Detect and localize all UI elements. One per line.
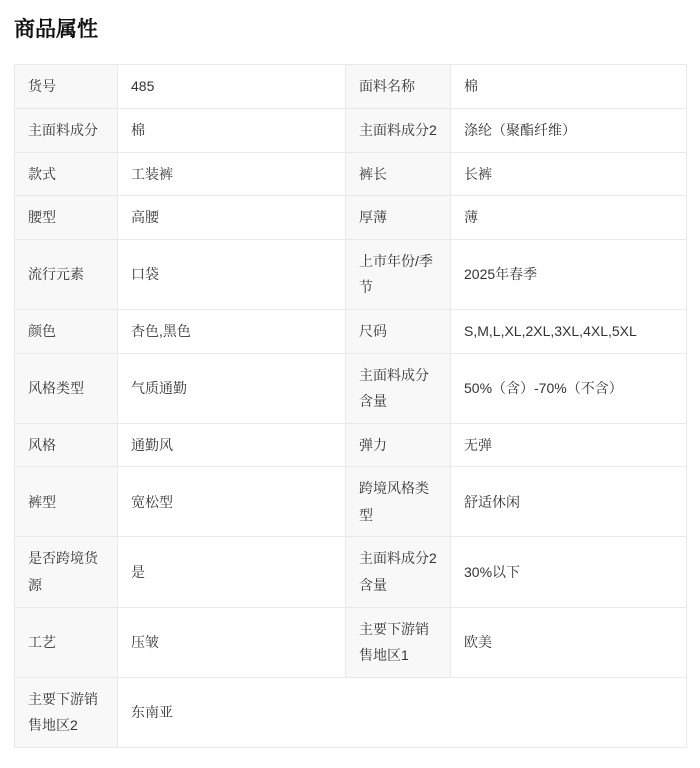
attribute-label: 腰型 — [15, 196, 118, 240]
attribute-value: 2025年春季 — [451, 239, 687, 309]
attribute-value: 杏色,黑色 — [118, 309, 346, 353]
attribute-label: 主要下游销售地区2 — [15, 677, 118, 747]
table-row: 主要下游销售地区2东南亚 — [15, 677, 687, 747]
attribute-value: 舒适休闲 — [451, 467, 687, 537]
table-row: 裤型宽松型跨境风格类型舒适休闲 — [15, 467, 687, 537]
attribute-value: 东南亚 — [118, 677, 687, 747]
attribute-value: 涤纶（聚酯纤维） — [451, 108, 687, 152]
attribute-value: 是 — [118, 537, 346, 607]
table-row: 款式工装裤裤长长裤 — [15, 152, 687, 196]
attribute-label: 跨境风格类型 — [346, 467, 451, 537]
attribute-label: 面料名称 — [346, 65, 451, 109]
attribute-label: 是否跨境货源 — [15, 537, 118, 607]
attributes-table-body: 货号485面料名称棉主面料成分棉主面料成分2涤纶（聚酯纤维）款式工装裤裤长长裤腰… — [15, 65, 687, 748]
table-row: 工艺压皱主要下游销售地区1欧美 — [15, 607, 687, 677]
attribute-value: 无弹 — [451, 423, 687, 467]
attribute-label: 主面料成分2含量 — [346, 537, 451, 607]
attribute-value: 30%以下 — [451, 537, 687, 607]
table-row: 主面料成分棉主面料成分2涤纶（聚酯纤维） — [15, 108, 687, 152]
table-row: 是否跨境货源是主面料成分2含量30%以下 — [15, 537, 687, 607]
attribute-label: 裤长 — [346, 152, 451, 196]
attribute-label: 工艺 — [15, 607, 118, 677]
page-title: 商品属性 — [14, 16, 686, 44]
attribute-label: 尺码 — [346, 309, 451, 353]
attribute-value: 通勤风 — [118, 423, 346, 467]
attribute-value: S,M,L,XL,2XL,3XL,4XL,5XL — [451, 309, 687, 353]
attribute-label: 风格 — [15, 423, 118, 467]
attribute-label: 主面料成分含量 — [346, 353, 451, 423]
attribute-label: 主要下游销售地区1 — [346, 607, 451, 677]
attribute-value: 宽松型 — [118, 467, 346, 537]
product-attributes-page: 商品属性 货号485面料名称棉主面料成分棉主面料成分2涤纶（聚酯纤维）款式工装裤… — [0, 0, 700, 768]
attributes-table: 货号485面料名称棉主面料成分棉主面料成分2涤纶（聚酯纤维）款式工装裤裤长长裤腰… — [14, 64, 687, 748]
table-row: 风格通勤风弹力无弹 — [15, 423, 687, 467]
attribute-value: 高腰 — [118, 196, 346, 240]
attribute-value: 口袋 — [118, 239, 346, 309]
attribute-label: 流行元素 — [15, 239, 118, 309]
attribute-label: 上市年份/季节 — [346, 239, 451, 309]
table-row: 腰型高腰厚薄薄 — [15, 196, 687, 240]
attribute-value: 50%（含）-70%（不含） — [451, 353, 687, 423]
attribute-label: 厚薄 — [346, 196, 451, 240]
attribute-label: 货号 — [15, 65, 118, 109]
attribute-value: 长裤 — [451, 152, 687, 196]
attribute-value: 压皱 — [118, 607, 346, 677]
attribute-value: 气质通勤 — [118, 353, 346, 423]
attribute-value: 欧美 — [451, 607, 687, 677]
table-row: 颜色杏色,黑色尺码S,M,L,XL,2XL,3XL,4XL,5XL — [15, 309, 687, 353]
attribute-value: 棉 — [118, 108, 346, 152]
attribute-label: 风格类型 — [15, 353, 118, 423]
table-row: 流行元素口袋上市年份/季节2025年春季 — [15, 239, 687, 309]
table-row: 货号485面料名称棉 — [15, 65, 687, 109]
attribute-label: 裤型 — [15, 467, 118, 537]
attribute-label: 弹力 — [346, 423, 451, 467]
attribute-label: 颜色 — [15, 309, 118, 353]
attribute-label: 款式 — [15, 152, 118, 196]
attribute-value: 工装裤 — [118, 152, 346, 196]
attribute-label: 主面料成分2 — [346, 108, 451, 152]
attribute-value: 棉 — [451, 65, 687, 109]
attribute-value: 薄 — [451, 196, 687, 240]
attribute-value: 485 — [118, 65, 346, 109]
attribute-label: 主面料成分 — [15, 108, 118, 152]
table-row: 风格类型气质通勤主面料成分含量50%（含）-70%（不含） — [15, 353, 687, 423]
